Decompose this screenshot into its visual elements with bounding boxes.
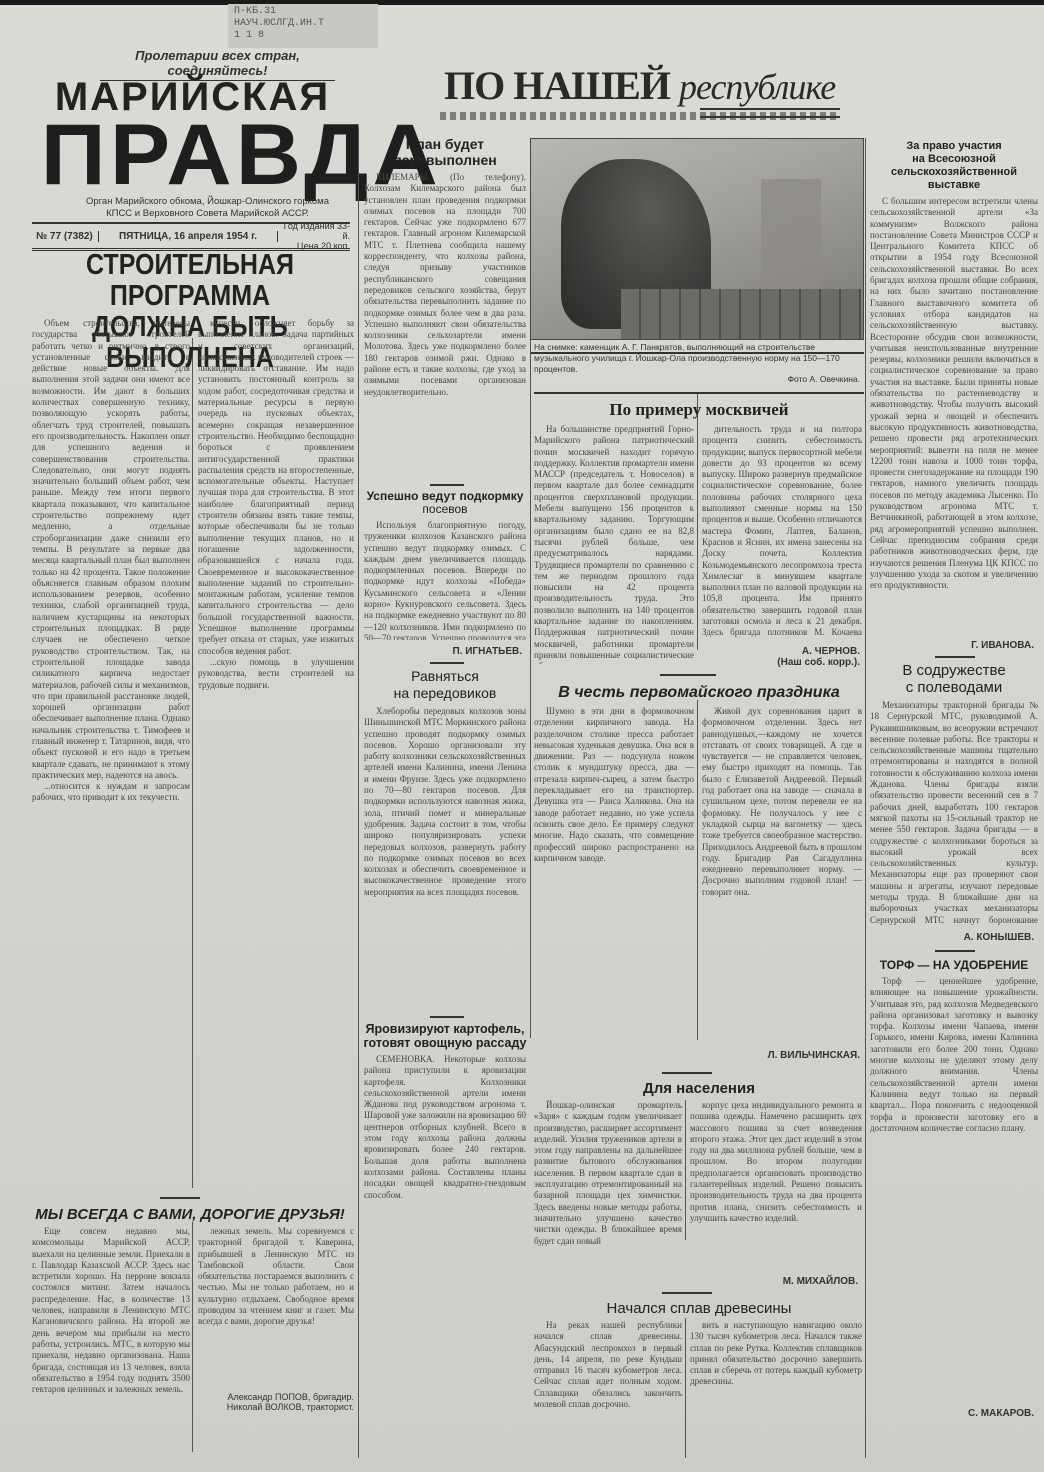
article-text: кучести, осложняет борьбу за выполнение …: [198, 318, 354, 657]
photo-bricks: [621, 289, 861, 339]
article-text: вить в наступающую навигацию около 130 т…: [690, 1320, 862, 1388]
divider: [935, 950, 975, 952]
headline-line: перевыполнен: [362, 152, 528, 168]
article-text: Хлеборобы передовых колхозов зоны Шиньши…: [364, 706, 526, 898]
divider: [430, 484, 464, 486]
rafting-headline: Начался сплав древесины: [534, 1300, 864, 1317]
mayday-headline: В честь первомайского праздника: [534, 684, 864, 702]
fieldworkers-byline: А. КОНЫШЕВ.: [870, 932, 1034, 943]
headline-line: выставке: [868, 179, 1040, 192]
divider: [160, 1197, 200, 1199]
peat-headline: ТОРФ — НА УДОБРЕНИЕ: [868, 958, 1040, 972]
peat-byline: С. МАКАРОВ.: [870, 1408, 1034, 1419]
potato-headline: Яровизируют картофель, готовят овощную р…: [362, 1022, 528, 1050]
article-text: Объем строительства, интересы государств…: [32, 318, 190, 781]
population-headline: Для населения: [534, 1080, 864, 1097]
issue-date: ПЯТНИЦА, 16 апреля 1954 г.: [99, 231, 278, 242]
column-rule: [685, 1318, 686, 1458]
article-text: Используя благоприятную погоду, труженик…: [364, 520, 526, 640]
friends-signatures: Александр ПОПОВ, бригадир. Николай ВОЛКО…: [198, 1392, 354, 1412]
article-text: дительность труда и на полтора процента …: [702, 424, 862, 642]
signature-name: Николай ВОЛКОВ,: [227, 1402, 304, 1412]
signature-role: тракторист.: [307, 1402, 354, 1412]
article-text: Еще совсем недавно мы, комсомольцы Марий…: [32, 1226, 190, 1395]
article-text: На реках нашей республики начался сплав …: [534, 1320, 682, 1410]
potato-article: СЕМЕНОВКА. Некоторые колхозы района прис…: [364, 1054, 526, 1454]
article-text: Живой дух соревнования царит в формовочн…: [702, 706, 862, 898]
photo-bricklayer: [530, 138, 864, 340]
article-text: СЕМЕНОВКА. Некоторые колхозы района прис…: [364, 1054, 526, 1201]
fertilize-byline: П. ИГНАТЬЕВ.: [364, 646, 522, 657]
year-of-publication: Год издания 33-й.: [278, 221, 350, 241]
friends-col1: Еще совсем недавно мы, комсомольцы Марий…: [32, 1226, 190, 1426]
mayday-col2: Живой дух соревнования царит в формовочн…: [702, 706, 862, 1024]
leaders-headline: Равняться на передовиков: [362, 668, 528, 702]
population-byline: М. МИХАЙЛОВ.: [690, 1276, 858, 1287]
lead-article-col2: кучести, осложняет борьбу за выполнение …: [198, 318, 354, 1178]
article-text: На большинстве предприятий Горно-Марийск…: [534, 424, 694, 664]
divider: [430, 662, 464, 664]
divider: [662, 1072, 712, 1074]
article-text: КИЛЕМАРЫ. (По телефону). Колхозам Килема…: [364, 172, 526, 398]
stamp-line: 1 1 8: [234, 30, 372, 42]
mayday-col1: Шумно в эти дни в формовочном отделении …: [534, 706, 694, 1040]
headline-line: В содружестве: [868, 662, 1040, 679]
stamp-line: П-КБ.31: [234, 6, 372, 18]
lead-headline-line: СТРОИТЕЛЬНАЯ ПРОГРАММА: [30, 250, 350, 312]
issue-number: № 77 (7382): [32, 231, 99, 242]
column-rule: [358, 128, 359, 1458]
column-rule: [192, 338, 193, 1188]
scan-edge: [0, 0, 1044, 5]
fertilize-headline: Успешно ведут подкормку посевов: [362, 490, 528, 516]
leaders-article: Хлеборобы передовых колхозов зоны Шиньши…: [364, 706, 526, 1006]
rafting-col1: На реках нашей республики начался сплав …: [534, 1320, 682, 1450]
article-text: Механизаторы тракторной бригады № 18 Сер…: [870, 700, 1038, 928]
article-text: ...скую помощь в улучшении руководства, …: [198, 657, 354, 691]
article-text: лежных земель. Мы соревнуемся с тракторн…: [198, 1226, 354, 1328]
column-rule: [685, 1100, 686, 1240]
article-text: ...относится к нуждам и запросам рабочих…: [32, 781, 190, 804]
article-text: Йошкар-олинская промартель «Заря» с кажд…: [534, 1100, 682, 1247]
headline-line: Яровизируют картофель,: [362, 1022, 528, 1036]
byline-name: А. ЧЕРНОВ.: [702, 646, 860, 657]
rafting-col2: вить в наступающую навигацию около 130 т…: [690, 1320, 862, 1450]
friends-col2: лежных земель. Мы соревнуемся с тракторн…: [198, 1226, 354, 1391]
headline-line: сельскохозяйственной: [868, 166, 1040, 179]
publisher-organ: Орган Марийского обкома, Йошкар-Олинског…: [80, 196, 335, 220]
rubric-bold: ПО НАШЕЙ: [444, 63, 670, 108]
muscovites-byline: А. ЧЕРНОВ. (Наш соб. корр.).: [702, 646, 860, 668]
headline-line: с полеводами: [868, 679, 1040, 696]
article-text: корпус цеха индивидуального ремонта и по…: [690, 1100, 862, 1224]
divider: [534, 392, 864, 394]
signature-name: Александр ПОПОВ,: [227, 1392, 310, 1402]
muscovites-col2: дительность труда и на полтора процента …: [702, 424, 862, 642]
newspaper-title-line2: ПРАВДА: [41, 110, 346, 200]
byline-note: (Наш соб. корр.).: [702, 657, 860, 668]
column-rule: [697, 392, 698, 650]
article-text: С большим интересом встретили члены сель…: [870, 196, 1038, 591]
stamp-line: НАУЧ.ЮСЛГД.ИН.Т: [234, 18, 372, 30]
fieldworkers-article: Механизаторы тракторной бригады № 18 Сер…: [870, 700, 1038, 928]
signature-role: бригадир.: [313, 1392, 354, 1402]
lead-article-col1: Объем строительства, интересы государств…: [32, 318, 190, 1178]
fertilize-article: Используя благоприятную погоду, труженик…: [364, 520, 526, 640]
rubric-rule: [700, 108, 840, 118]
article-text: Торф — ценнейшее удобрение, влияющее на …: [870, 976, 1038, 1134]
peat-article: Торф — ценнейшее удобрение, влияющее на …: [870, 976, 1038, 1406]
photo-building: [761, 179, 821, 289]
muscovites-col1: На большинстве предприятий Горно-Марийск…: [534, 424, 694, 664]
photo-caption: На снимке: каменщик А. Г. Панкратов, вып…: [534, 342, 862, 375]
fieldworkers-headline: В содружестве с полеводами: [868, 662, 1040, 696]
divider: [662, 1292, 712, 1294]
headline-line: готовят овощную рассаду: [362, 1036, 528, 1050]
muscovites-headline: По примеру москвичей: [534, 400, 864, 420]
exhibition-byline: Г. ИВАНОВА.: [870, 640, 1034, 651]
headline-line: на передовиков: [362, 685, 528, 702]
photo-credit: Фото А. Овечкина.: [700, 374, 860, 385]
population-col2: корпус цеха индивидуального ремонта и по…: [690, 1100, 862, 1270]
column-rule: [865, 138, 866, 1458]
article-text: Шумно в эти дни в формовочном отделении …: [534, 706, 694, 864]
headline-line: посевов: [362, 503, 528, 516]
headline-line: на Всесоюзной: [868, 153, 1040, 166]
friends-headline: МЫ ВСЕГДА С ВАМИ, ДОРОГИЕ ДРУЗЬЯ!: [30, 1206, 350, 1223]
issue-meta: Год издания 33-й. Цена 20 коп.: [278, 221, 350, 251]
plan-article: КИЛЕМАРЫ. (По телефону). Колхозам Килема…: [364, 172, 526, 480]
column-rule: [697, 700, 698, 1040]
headline-line: За право участия: [868, 140, 1040, 153]
column-rule: [192, 1222, 193, 1452]
headline-line: План будет: [362, 136, 528, 152]
section-rubric: ПО НАШЕЙ республике: [444, 62, 844, 109]
plan-headline: План будет перевыполнен: [362, 136, 528, 168]
exhibition-article: С большим интересом встретили члены сель…: [870, 196, 1038, 626]
rubric-script: республике: [679, 67, 835, 107]
exhibition-headline: За право участия на Всесоюзной сельскохо…: [868, 140, 1040, 192]
divider: [430, 1016, 464, 1018]
population-col1: Йошкар-олинская промартель «Заря» с кажд…: [534, 1100, 682, 1280]
headline-line: Равняться: [362, 668, 528, 685]
divider: [660, 674, 716, 676]
library-stamp: П-КБ.31 НАУЧ.ЮСЛГД.ИН.Т 1 1 8: [228, 4, 378, 48]
issue-bar: № 77 (7382) ПЯТНИЦА, 16 апреля 1954 г. Г…: [32, 222, 350, 251]
newspaper-page: П-КБ.31 НАУЧ.ЮСЛГД.ИН.Т 1 1 8 Пролетарии…: [0, 0, 1044, 1472]
divider: [935, 656, 975, 658]
mayday-byline: Л. ВИЛЬЧИНСКАЯ.: [702, 1050, 860, 1061]
